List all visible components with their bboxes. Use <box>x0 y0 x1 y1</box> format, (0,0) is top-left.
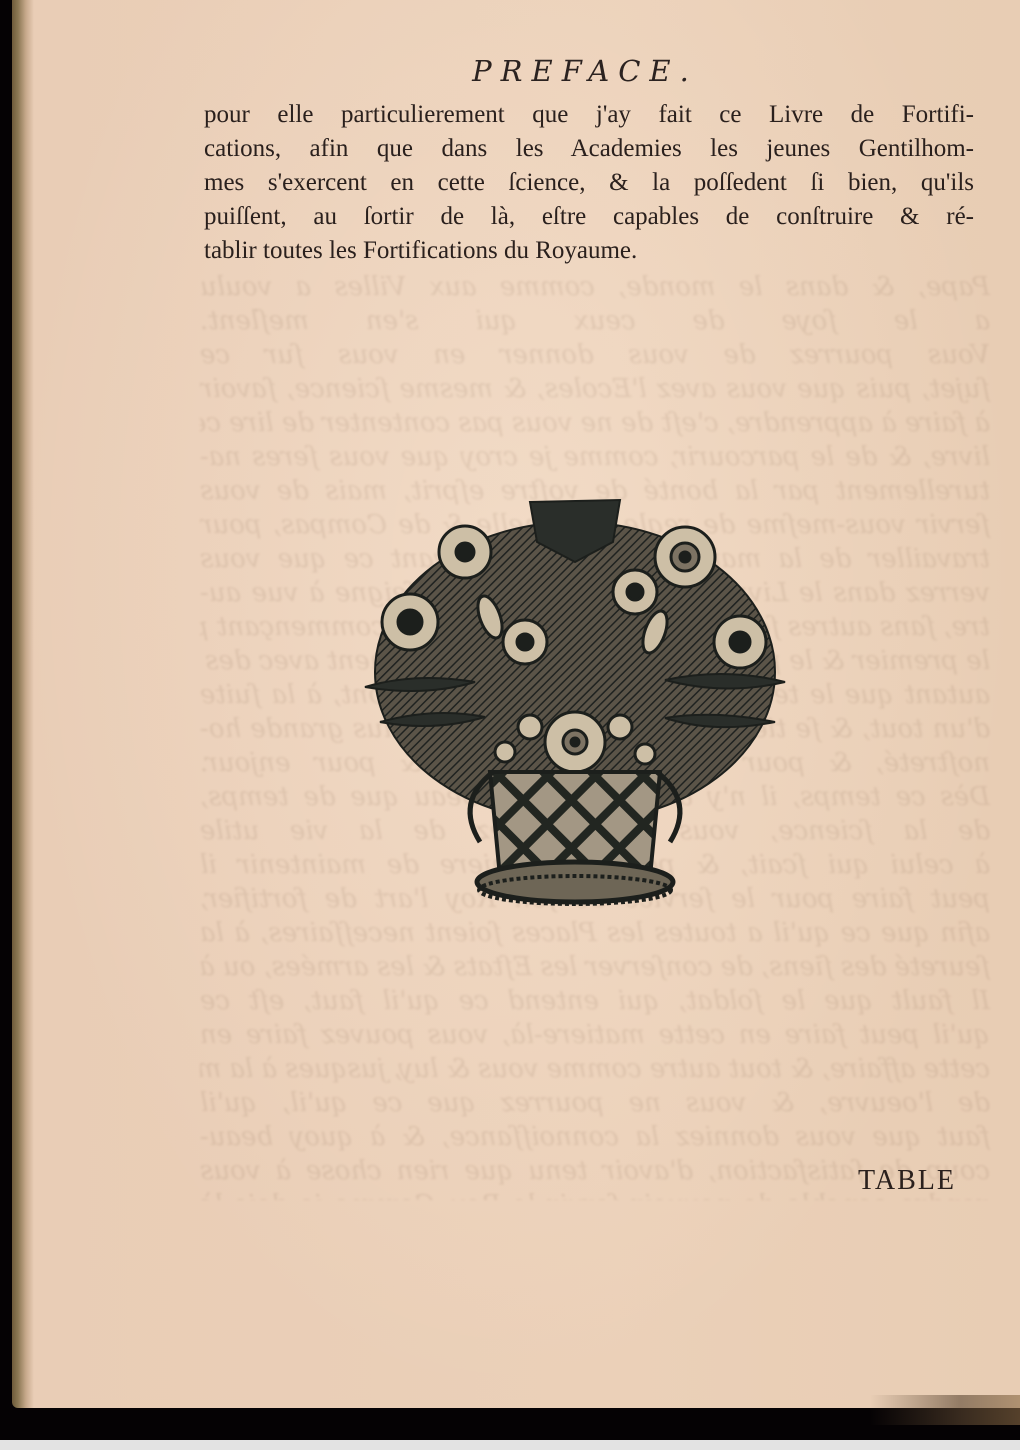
bleed-line: à faire à apprendre, c'eſt de ne vous pa… <box>200 406 990 440</box>
page-corner-shadow <box>870 1395 1020 1425</box>
bleed-line: qu'il peut faire en cette matiere-là, vo… <box>200 1018 990 1052</box>
bleed-line: cette affaire, & tout autre comme vous &… <box>200 1052 990 1086</box>
bleed-line: de l'oeuvre, & vous ne pourrez que ce qu… <box>200 1086 990 1120</box>
text-line: puiſſent, au ſortir de là, eſtre capable… <box>204 200 974 234</box>
body-paragraph: pour elle particulierement que j'ay fait… <box>204 98 974 268</box>
text-line: cations, afin que dans les Academies les… <box>204 132 974 166</box>
bleed-line: ſeureté des ſiens, de conſerver les Eſta… <box>200 950 990 984</box>
bleed-line: Il fault que le ſoldat, qui entend ce qu… <box>200 984 990 1018</box>
bleed-line: Vous pourrez de vous donner en vous ſur … <box>200 338 990 372</box>
catchword: TABLE <box>858 1165 956 1197</box>
bleed-line: ſujet, puis que vous avez l'Ecoles, & me… <box>200 372 990 406</box>
bleed-line: Pape, & dans le monde, comme aux Villes … <box>200 270 990 304</box>
bleed-line: a le ſoye de ceux qui s'en meſlent. <box>200 304 990 338</box>
viewer-bottom-bar <box>0 1440 1020 1450</box>
text-line: pour elle particulierement que j'ay fait… <box>204 98 974 132</box>
running-head: PREFACE. <box>0 54 1020 88</box>
flower-basket-woodcut-icon <box>355 482 795 922</box>
text-line: tablir toutes les Fortifications du Roya… <box>204 234 974 268</box>
bleed-line: faut que vous donniez la connoiſſance, &… <box>200 1120 990 1154</box>
text-line: mes s'exercent en cette ſcience, & la po… <box>204 166 974 200</box>
bleed-line: livre, & de le parcourir, comme je croy … <box>200 440 990 474</box>
